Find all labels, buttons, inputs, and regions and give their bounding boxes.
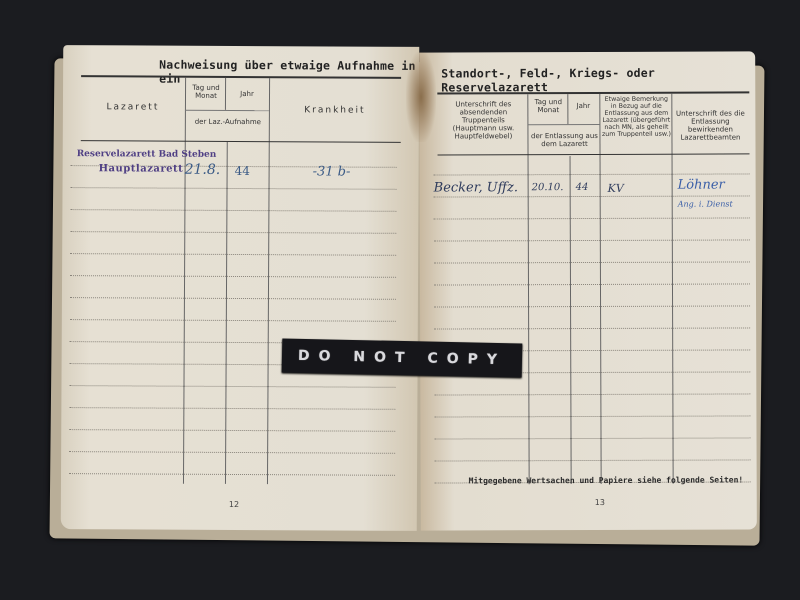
dotted-line [69, 429, 395, 432]
dotted-line [70, 275, 396, 278]
col-entlassung-header: der Entlassung aus dem Lazarett [529, 132, 599, 148]
page-13: Standort-, Feld-, Kriegs- oder Reservela… [419, 51, 757, 530]
dotted-line [70, 209, 396, 212]
dotted-line [71, 187, 397, 190]
dotted-line [69, 385, 395, 388]
admission-date: 21.8. [185, 162, 221, 178]
discharge-year: 44 [576, 182, 589, 193]
dotted-line [69, 473, 395, 476]
col-unterschrift-absender-header: Unterschrift des absendenden Truppenteil… [439, 100, 527, 140]
illness-code: -31 b- [313, 164, 351, 179]
col-tag-monat-header: Tag und Monat [187, 84, 225, 100]
header-bottom-rule [438, 153, 750, 155]
right-page-title: Standort-, Feld-, Kriegs- oder Reservela… [441, 65, 755, 94]
footer-note: Mitgegebene Wertsachen und Papiere siehe… [469, 475, 744, 485]
header-bottom-rule [81, 140, 401, 143]
dotted-line [69, 407, 395, 410]
col-krankheit-header: Krankheit [273, 106, 397, 115]
dotted-line [434, 305, 750, 307]
dotted-line [70, 319, 396, 322]
col-divider [225, 78, 226, 110]
col-divider [225, 142, 228, 484]
dotted-line [434, 327, 750, 329]
discharge-remark: KV [608, 182, 624, 195]
col-laz-aufnahme-header: der Laz.-Aufnahme [187, 118, 269, 126]
watermark-banner: DO NOT COPY [282, 338, 523, 377]
col-jahr-header: Jahr [569, 102, 597, 110]
official-signature-title: Ang. i. Dienst [678, 199, 733, 208]
dotted-line [435, 459, 751, 461]
page-12: Nachweisung über etwaige Aufnahme in ein… [61, 45, 420, 531]
col-divider [267, 78, 270, 484]
header-subrule [527, 124, 599, 125]
dotted-line [434, 239, 750, 241]
dotted-line [434, 195, 750, 197]
gutter-stain [406, 52, 436, 142]
watermark-text: DO NOT COPY [298, 348, 506, 368]
col-unterschrift-beamter-header: Unterschrift des die Entlassung bewirken… [673, 109, 747, 141]
dotted-line [434, 217, 750, 219]
dotted-line [434, 283, 750, 285]
col-divider [599, 94, 601, 484]
dotted-line [435, 437, 751, 439]
header-subrule [185, 110, 269, 111]
dotted-line [69, 451, 395, 454]
page-number-12: 12 [229, 500, 239, 509]
dotted-line [434, 173, 750, 175]
dotted-line [434, 261, 750, 263]
col-tag-monat-header: Tag und Monat [529, 98, 567, 114]
admission-year: 44 [235, 164, 250, 178]
sender-signature: Becker, Uffz. [434, 180, 518, 195]
col-lazarett-header: Lazarett [83, 103, 183, 112]
dotted-line [434, 393, 750, 395]
col-divider [570, 156, 572, 484]
dotted-line [70, 253, 396, 256]
col-divider [671, 94, 673, 484]
dotted-line [434, 415, 750, 417]
col-jahr-header: Jahr [227, 90, 267, 98]
col-bemerkung-header: Etwaige Bemerkung in Bezug auf die Entla… [601, 96, 671, 138]
col-divider [567, 94, 568, 124]
col-divider [527, 94, 529, 484]
header-top-rule [437, 91, 749, 94]
hospital-stamp-line2: Hauptlazarett [99, 163, 184, 174]
page-number-13: 13 [595, 498, 605, 507]
hospital-stamp-line1: Reservelazarett Bad Steben [77, 149, 217, 160]
col-divider [183, 78, 186, 484]
dotted-line [70, 231, 396, 234]
dotted-line [70, 297, 396, 300]
official-signature: Löhner [678, 178, 725, 193]
left-page-title: Nachweisung über etwaige Aufnahme in ein [159, 58, 419, 87]
discharge-date: 20.10. [532, 182, 564, 193]
